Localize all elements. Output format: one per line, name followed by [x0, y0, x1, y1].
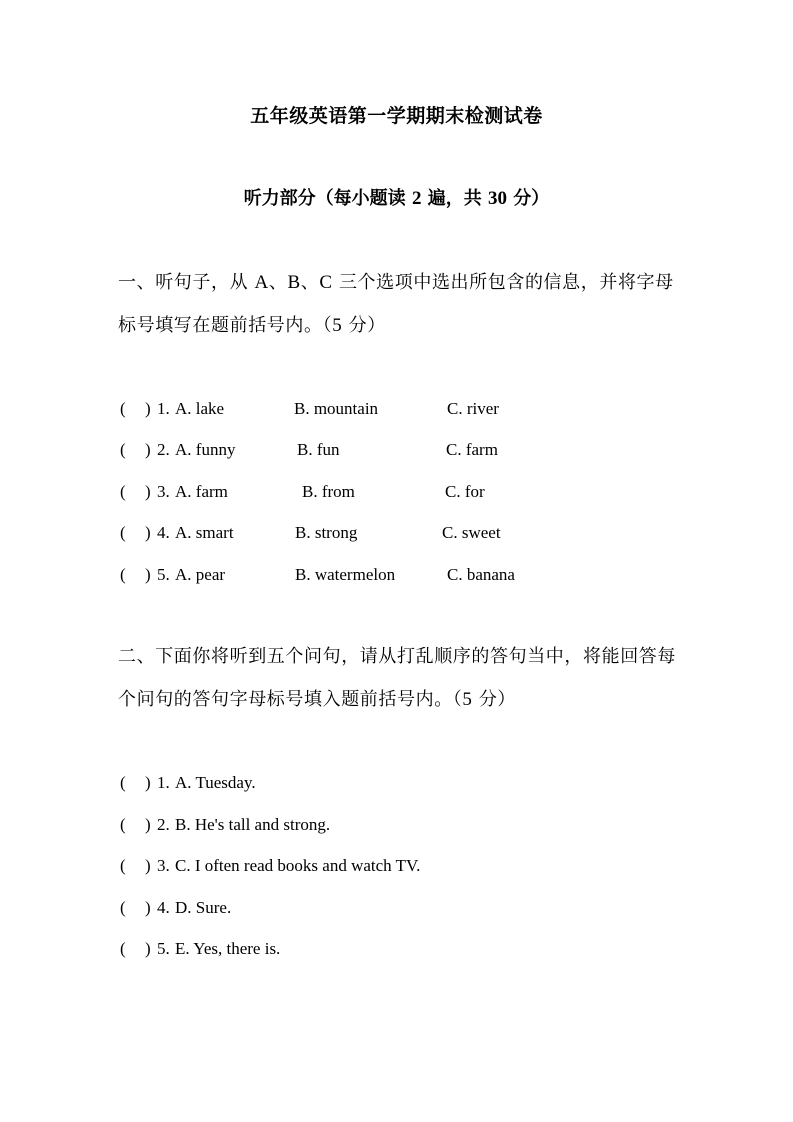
heading-prefix: 听力部分（每小题读	[244, 188, 412, 209]
question-number: 2.	[157, 816, 170, 833]
heading-suffix: 分）	[507, 188, 549, 209]
question-number: 4.	[157, 524, 170, 541]
option-c: C. river	[447, 400, 499, 417]
answer-paren-open[interactable]: (	[120, 441, 126, 458]
instr-sep: 、	[269, 272, 288, 293]
answer-option: E. Yes, there is.	[175, 940, 280, 957]
instr-text: 个问句的答句字母标号填入题前括号内。（	[118, 689, 462, 710]
answer-paren-open[interactable]: (	[120, 483, 126, 500]
instr-letter-a: A	[255, 272, 269, 293]
heading-middle: 遍，共	[421, 188, 488, 209]
section2-instruction-line1: 二、下面你将听到五个问句，请从打乱顺序的答句当中，将能回答每	[118, 648, 676, 666]
instr-score: 5	[462, 689, 472, 710]
instr-text: 标号填写在题前括号内。（	[118, 315, 332, 336]
option-b: B. watermelon	[295, 566, 395, 583]
answer-paren-close: )	[145, 566, 151, 583]
option-b: B. strong	[295, 524, 357, 541]
answer-paren-close: )	[145, 483, 151, 500]
instr-text: 三个选项中选出所包含的信息，并将字母	[333, 272, 674, 293]
answer-paren-open[interactable]: (	[120, 857, 126, 874]
answer-paren-close: )	[145, 524, 151, 541]
answer-option: B. He's tall and strong.	[175, 816, 330, 833]
option-a: A. smart	[175, 524, 234, 541]
section2-instruction-line2: 个问句的答句字母标号填入题前括号内。（5 分）	[118, 690, 516, 709]
instr-letter-c: C	[319, 272, 332, 293]
question-number: 1.	[157, 400, 170, 417]
option-a: A. lake	[175, 400, 224, 417]
answer-paren-open[interactable]: (	[120, 524, 126, 541]
answer-paren-close: )	[145, 441, 151, 458]
answer-option: D. Sure.	[175, 899, 231, 916]
option-c: C. banana	[447, 566, 515, 583]
option-a: A. pear	[175, 566, 225, 583]
option-b: B. mountain	[294, 400, 378, 417]
option-b: B. from	[302, 483, 355, 500]
answer-paren-close: )	[145, 940, 151, 957]
answer-paren-close: )	[145, 816, 151, 833]
instr-letter-b: B	[287, 272, 300, 293]
section1-instruction-line2: 标号填写在题前括号内。（5 分）	[118, 316, 386, 335]
answer-paren-open[interactable]: (	[120, 774, 126, 791]
answer-paren-close: )	[145, 774, 151, 791]
instr-score: 5	[332, 315, 342, 336]
question-number: 1.	[157, 774, 170, 791]
option-a: A. farm	[175, 483, 228, 500]
question-number: 3.	[157, 857, 170, 874]
option-a: A. funny	[175, 441, 235, 458]
question-number: 4.	[157, 899, 170, 916]
option-c: C. sweet	[442, 524, 501, 541]
instr-text: 分）	[473, 689, 517, 710]
instr-text: 一、听句子，从	[118, 272, 255, 293]
option-c: C. for	[445, 483, 485, 500]
instr-text: 分）	[342, 315, 386, 336]
question-number: 3.	[157, 483, 170, 500]
answer-paren-open[interactable]: (	[120, 899, 126, 916]
listening-part-heading: 听力部分（每小题读 2 遍，共 30 分）	[0, 189, 793, 208]
question-number: 2.	[157, 441, 170, 458]
question-number: 5.	[157, 566, 170, 583]
answer-paren-close: )	[145, 899, 151, 916]
option-c: C. farm	[446, 441, 498, 458]
answer-paren-close: )	[145, 400, 151, 417]
answer-paren-open[interactable]: (	[120, 566, 126, 583]
instr-sep: 、	[301, 272, 320, 293]
page-title: 五年级英语第一学期期末检测试卷	[0, 107, 793, 126]
answer-paren-close: )	[145, 857, 151, 874]
option-b: B. fun	[297, 441, 340, 458]
heading-score: 30	[488, 188, 507, 209]
answer-paren-open[interactable]: (	[120, 400, 126, 417]
question-number: 5.	[157, 940, 170, 957]
answer-paren-open[interactable]: (	[120, 816, 126, 833]
answer-option: C. I often read books and watch TV.	[175, 857, 420, 874]
answer-option: A. Tuesday.	[175, 774, 256, 791]
section1-instruction-line1: 一、听句子，从 A、B、C 三个选项中选出所包含的信息，并将字母	[118, 273, 674, 292]
answer-paren-open[interactable]: (	[120, 940, 126, 957]
